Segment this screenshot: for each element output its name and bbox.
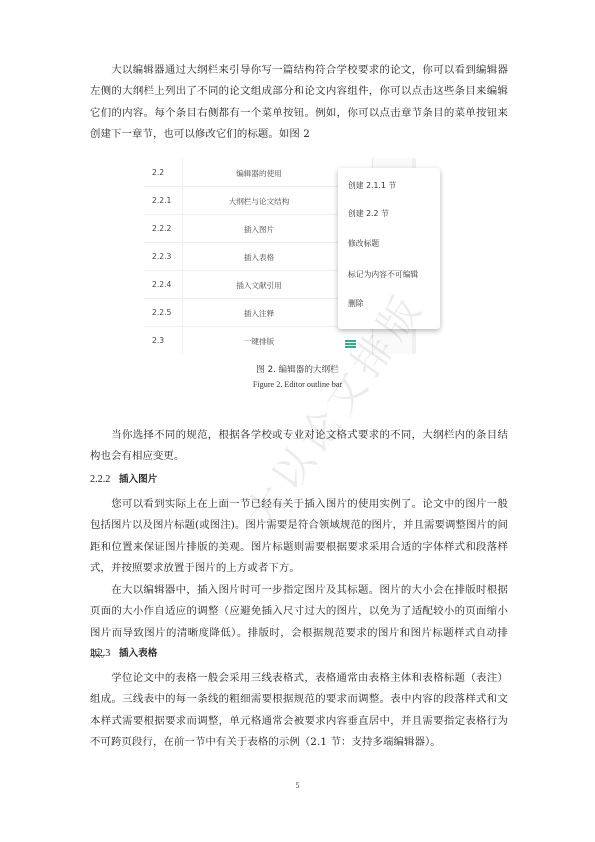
outline-item-number: 2.2.5 — [152, 308, 171, 317]
outline-item-number: 2.2.3 — [152, 252, 171, 261]
outline-item-title: 插入注释 — [184, 308, 334, 319]
outline-item-number: 2.2.2 — [152, 224, 171, 233]
outline-item[interactable]: 2.2.5 插入注释 — [144, 298, 344, 327]
menu-item-create-2-1-1[interactable]: 创建 2.1.1 节 — [348, 180, 396, 191]
heading-title: 插入表格 — [119, 648, 157, 659]
context-menu: 创建 2.1.1 节 创建 2.2 节 修改标题 标记为内容不可编辑 删除 — [338, 168, 440, 329]
menu-item-lock[interactable]: 标记为内容不可编辑 — [348, 269, 418, 280]
heading-title: 插入图片 — [119, 474, 157, 485]
outline-item-title: 插入图片 — [184, 224, 334, 235]
outline-item-number: 2.3 — [152, 336, 164, 345]
outline-item-number: 2.2.1 — [152, 196, 171, 205]
tables-paragraph: 学位论文中的表格一般会采用三线表格式，表格通常由表格主体和表格标题（表注）组成。… — [90, 668, 508, 754]
outline-item-title: 大纲栏与论文结构 — [184, 196, 334, 207]
figure-caption-cn: 图 2. 编辑器的大纲栏 — [0, 363, 595, 375]
outline-item-title: 插入表格 — [184, 252, 334, 263]
menu-item-delete[interactable]: 删除 — [348, 298, 364, 309]
outline-item-title: 编辑器的使用 — [184, 168, 334, 179]
intro-paragraph: 大以编辑器通过大纲栏来引导你写一篇结构符合学校要求的论文，你可以看到编辑器左侧的… — [90, 60, 508, 146]
outline-item[interactable]: 2.2.4 插入文献引用 — [144, 270, 344, 299]
outline-item-number: 2.2.4 — [152, 280, 171, 289]
menu-item-create-2-2[interactable]: 创建 2.2 节 — [348, 208, 389, 219]
outline-bar: 2.2 编辑器的使用 2.2.1 大纲栏与论文结构 2.2.2 插入图片 2.2… — [144, 158, 344, 354]
section-heading-images: 2.2.2 插入图片 — [90, 471, 157, 485]
page-number: 5 — [0, 781, 595, 790]
menu-item-rename[interactable]: 修改标题 — [348, 238, 379, 249]
images-text-1: 您可以看到实际上在上面一节已经有关于插入图片的使用实例了。论文中的图片一般包括图… — [90, 498, 508, 574]
list-menu-icon[interactable] — [345, 340, 356, 348]
intro-text: 大以编辑器通过大纲栏来引导你写一篇结构符合学校要求的论文，你可以看到编辑器左侧的… — [90, 64, 508, 140]
outline-item[interactable]: 2.2 编辑器的使用 — [144, 158, 344, 187]
after-figure-paragraph: 当你选择不同的规范，根据各学校或专业对论文格式要求的不同，大纲栏内的条目结构也会… — [90, 425, 508, 468]
heading-number: 2.2.3 — [90, 648, 110, 659]
after-figure-text: 当你选择不同的规范，根据各学校或专业对论文格式要求的不同，大纲栏内的条目结构也会… — [90, 429, 508, 462]
outline-item[interactable]: 2.2.3 插入表格 — [144, 242, 344, 271]
outline-item-title: 插入文献引用 — [184, 280, 334, 291]
heading-number: 2.2.2 — [90, 474, 110, 485]
images-paragraph-1: 您可以看到实际上在上面一节已经有关于插入图片的使用实例了。论文中的图片一般包括图… — [90, 494, 508, 580]
outline-item[interactable]: 2.3 一键排版 — [144, 326, 344, 354]
editor-outline-figure: 2.2 编辑器的使用 2.2.1 大纲栏与论文结构 2.2.2 插入图片 2.2… — [144, 158, 444, 354]
outline-item-number: 2.2 — [152, 168, 164, 177]
tables-text: 学位论文中的表格一般会采用三线表格式，表格通常由表格主体和表格标题（表注）组成。… — [90, 672, 508, 748]
outline-item[interactable]: 2.2.1 大纲栏与论文结构 — [144, 186, 344, 215]
outline-item-title: 一键排版 — [184, 336, 334, 347]
outline-item[interactable]: 2.2.2 插入图片 — [144, 214, 344, 243]
figure-caption-en: Figure 2. Editor outline bar — [0, 380, 595, 389]
section-heading-tables: 2.2.3 插入表格 — [90, 645, 157, 659]
